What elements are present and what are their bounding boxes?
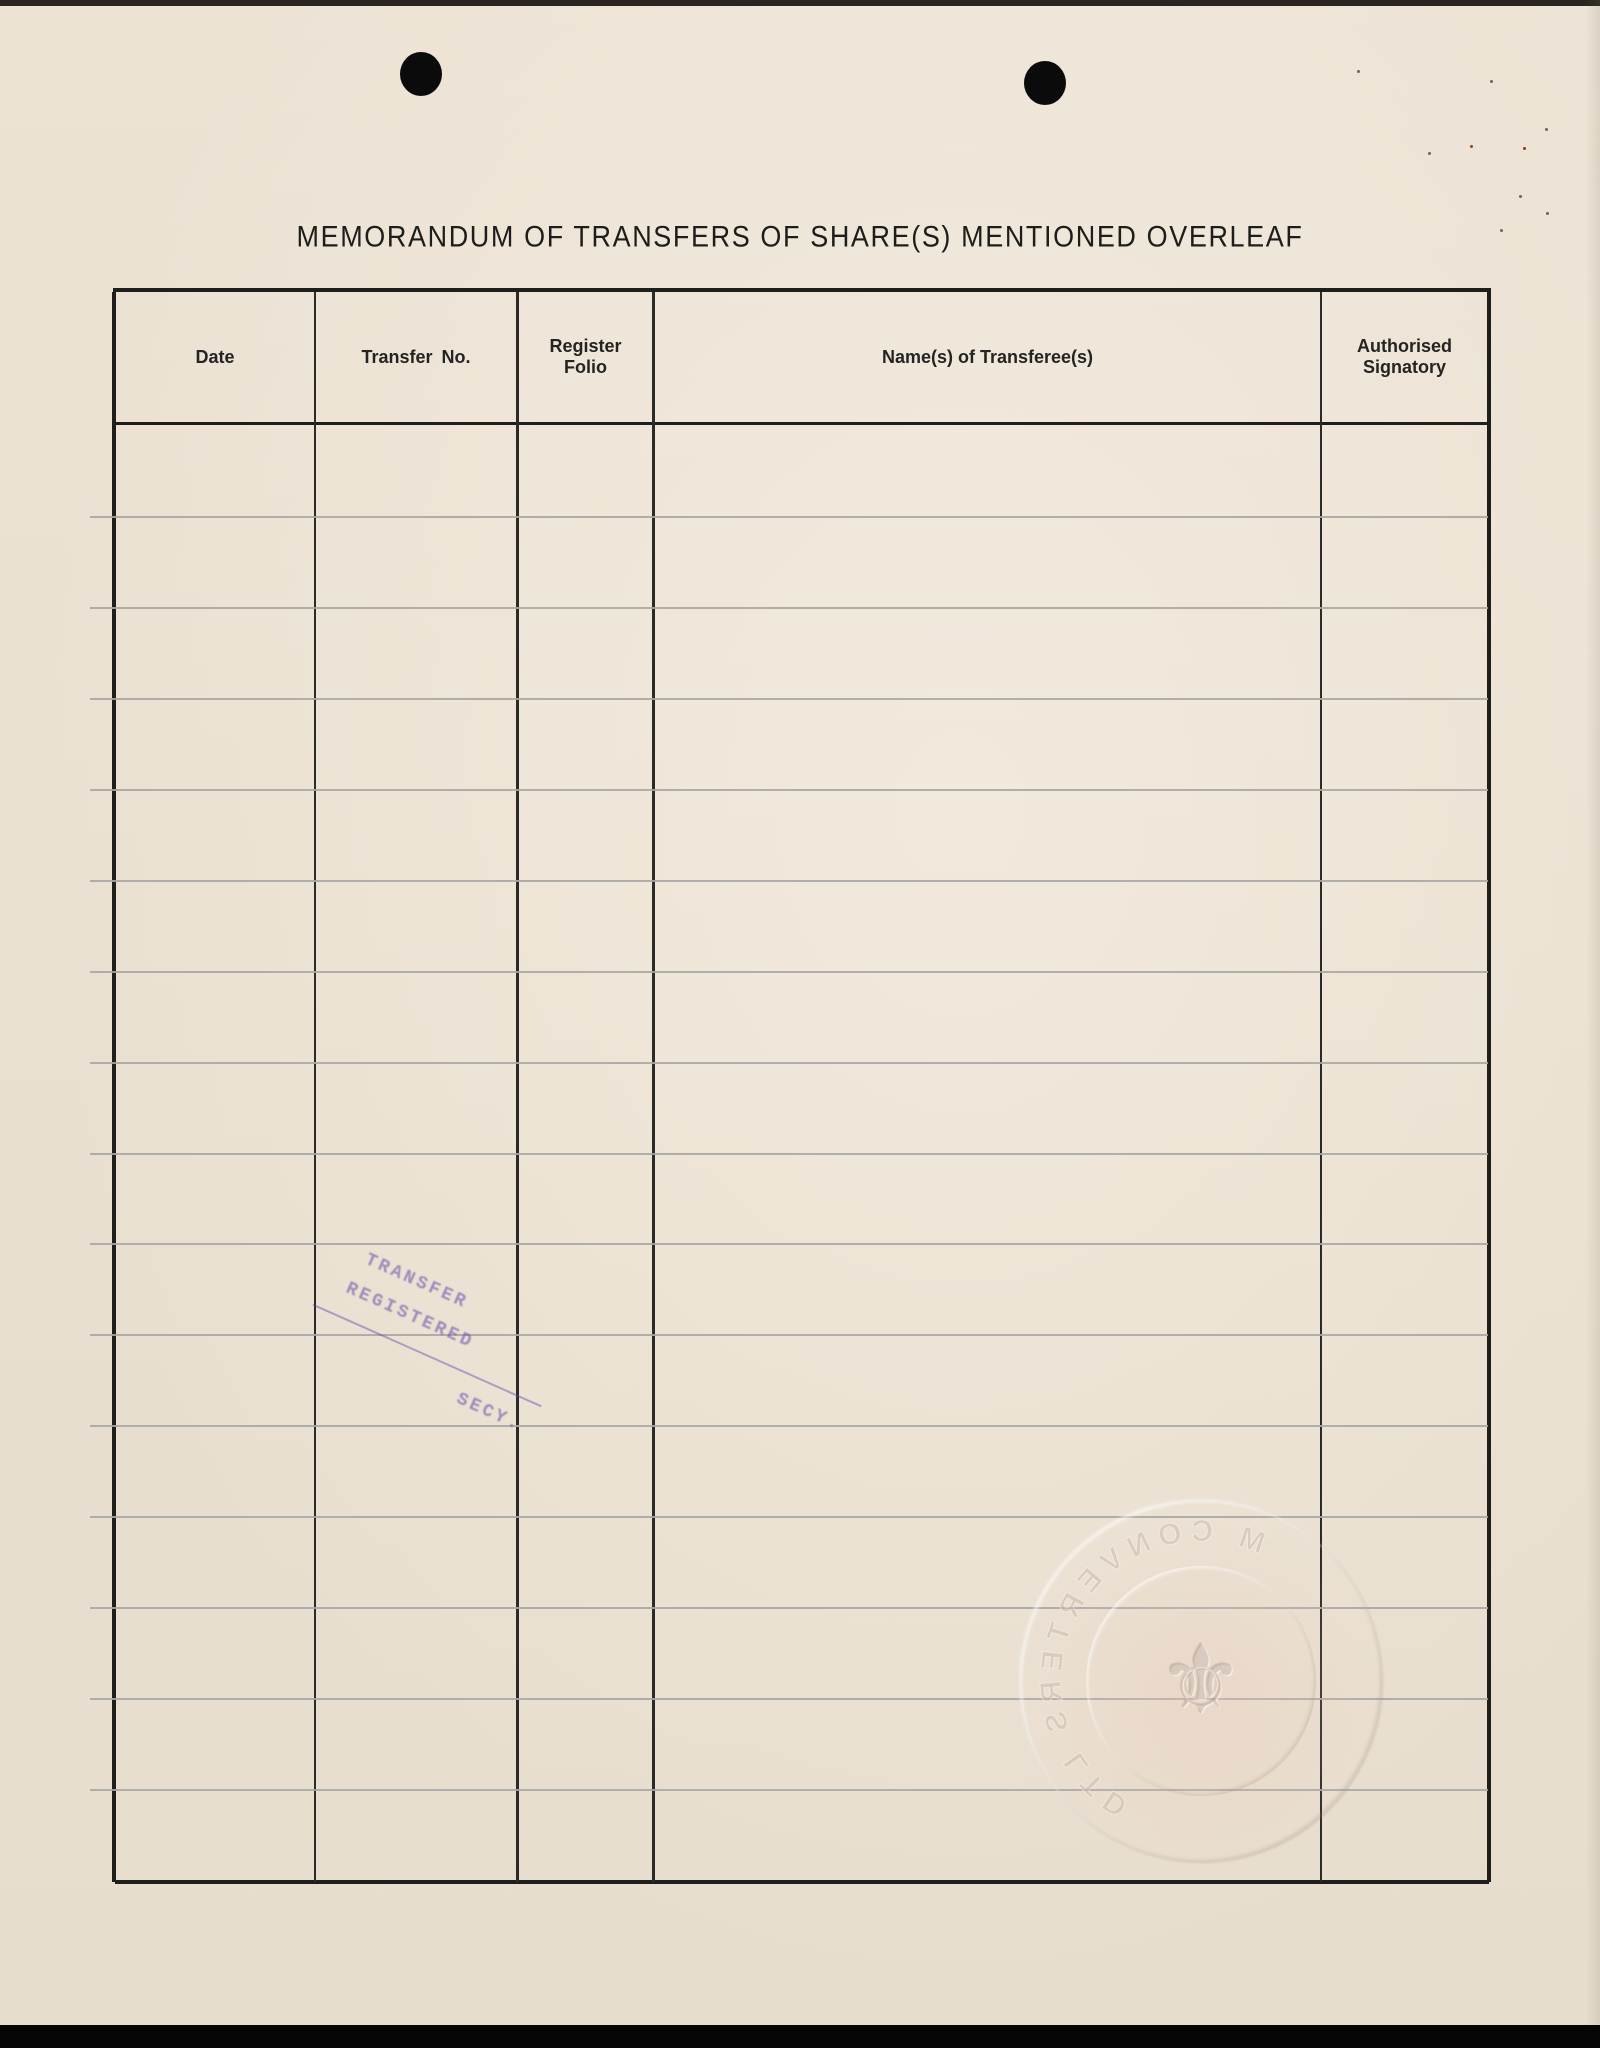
table-cell-date: [116, 1516, 315, 1607]
table-cell-transfer-no: [317, 607, 518, 698]
table-bottom-border: [115, 1880, 1489, 1884]
table-cell-date: [116, 1334, 315, 1425]
table-cell-date: [116, 880, 315, 971]
header-signatory: Authorised Signatory: [1322, 290, 1487, 424]
table-cell-date: [116, 1698, 315, 1789]
table-cell-signatory: [1323, 1243, 1485, 1334]
table-cell-register-folio: [520, 1062, 654, 1153]
table-cell-register-folio: [520, 971, 654, 1062]
table-cell-register-folio: [520, 698, 654, 789]
table-cell-date: [116, 1153, 315, 1244]
punch-hole-icon: [400, 52, 442, 96]
table-cell-transferees: [656, 789, 1321, 880]
table-cell-transferees: [656, 425, 1321, 516]
header-signatory-label: Authorised Signatory: [1357, 336, 1452, 378]
table-cell-transfer-no: [317, 971, 518, 1062]
table-cell-date: [116, 1607, 315, 1698]
table-cell-transfer-no: [317, 425, 518, 516]
page-top-edge: [0, 0, 1600, 6]
table-cell-register-folio: [520, 425, 654, 516]
table-cell-register-folio: [520, 1607, 654, 1698]
header-transfer-no-label: Transfer No.: [361, 347, 470, 368]
header-register-folio-label: Register Folio: [549, 336, 621, 378]
table-cell-date: [116, 516, 315, 607]
table-cell-register-folio: [520, 516, 654, 607]
paper-speck: [1470, 145, 1473, 148]
embossed-seal: M CONVERTERS LTD ⚜: [1020, 1500, 1382, 1862]
table-cell-transfer-no: [317, 1698, 518, 1789]
table-right-border: [1487, 292, 1491, 1882]
table-cell-register-folio: [520, 789, 654, 880]
stamp-line: SECY.: [453, 1389, 524, 1435]
table-cell-date: [116, 1425, 315, 1516]
page-edge-shadow: [1586, 0, 1600, 2025]
table-cell-transfer-no: [317, 1607, 518, 1698]
scan-border: [0, 2025, 1600, 2048]
paper-speck: [1490, 80, 1493, 83]
table-cell-transfer-no: [317, 698, 518, 789]
header-date: Date: [116, 290, 314, 424]
punch-hole-icon: [1024, 61, 1066, 105]
table-cell-date: [116, 425, 315, 516]
fleur-de-lis-icon: ⚜: [1151, 1621, 1251, 1741]
table-cell-register-folio: [520, 1789, 654, 1880]
table-cell-transferees: [656, 516, 1321, 607]
table-cell-transferees: [656, 1243, 1321, 1334]
table-cell-register-folio: [520, 1153, 654, 1244]
table-cell-signatory: [1323, 971, 1485, 1062]
paper-speck: [1523, 147, 1526, 150]
table-cell-signatory: [1323, 607, 1485, 698]
table-cell-transferees: [656, 607, 1321, 698]
table-cell-date: [116, 1789, 315, 1880]
table-cell-date: [116, 607, 315, 698]
table-cell-register-folio: [520, 1425, 654, 1516]
table-cell-signatory: [1323, 1062, 1485, 1153]
table-cell-date: [116, 1062, 315, 1153]
table-cell-transfer-no: [317, 1153, 518, 1244]
paper-speck: [1357, 70, 1360, 73]
document-title: MEMORANDUM OF TRANSFERS OF SHARE(S) MENT…: [0, 221, 1600, 254]
table-cell-transfer-no: [317, 789, 518, 880]
table-cell-signatory: [1323, 516, 1485, 607]
table-cell-date: [116, 698, 315, 789]
table-cell-register-folio: [520, 1698, 654, 1789]
header-register-folio: Register Folio: [519, 290, 652, 424]
table-cell-date: [116, 789, 315, 880]
table-cell-transfer-no: [317, 516, 518, 607]
table-cell-transferees: [656, 1153, 1321, 1244]
paper-speck: [1428, 152, 1431, 155]
header-transferees: Name(s) of Transferee(s): [655, 290, 1320, 424]
table-cell-signatory: [1323, 880, 1485, 971]
table-cell-transferees: [656, 971, 1321, 1062]
table-cell-signatory: [1323, 1334, 1485, 1425]
table-cell-register-folio: [520, 607, 654, 698]
header-transfer-no: Transfer No.: [316, 290, 516, 424]
table-cell-transfer-no: [317, 880, 518, 971]
table-cell-transferees: [656, 880, 1321, 971]
table-cell-transfer-no: [317, 1516, 518, 1607]
paper-speck: [1545, 128, 1548, 131]
header-transferees-label: Name(s) of Transferee(s): [882, 347, 1093, 368]
table-cell-date: [116, 971, 315, 1062]
table-cell-register-folio: [520, 1516, 654, 1607]
table-cell-transferees: [656, 1334, 1321, 1425]
table-cell-signatory: [1323, 789, 1485, 880]
table-cell-register-folio: [520, 880, 654, 971]
table-cell-transferees: [656, 1062, 1321, 1153]
table-cell-transferees: [656, 698, 1321, 789]
header-date-label: Date: [195, 347, 234, 368]
table-cell-date: [116, 1243, 315, 1334]
paper-speck: [1519, 195, 1522, 198]
table-cell-signatory: [1323, 425, 1485, 516]
table-cell-transfer-no: [317, 1062, 518, 1153]
paper-speck: [1546, 212, 1549, 215]
table-cell-transfer-no: [317, 1789, 518, 1880]
table-cell-signatory: [1323, 1153, 1485, 1244]
table-cell-signatory: [1323, 698, 1485, 789]
